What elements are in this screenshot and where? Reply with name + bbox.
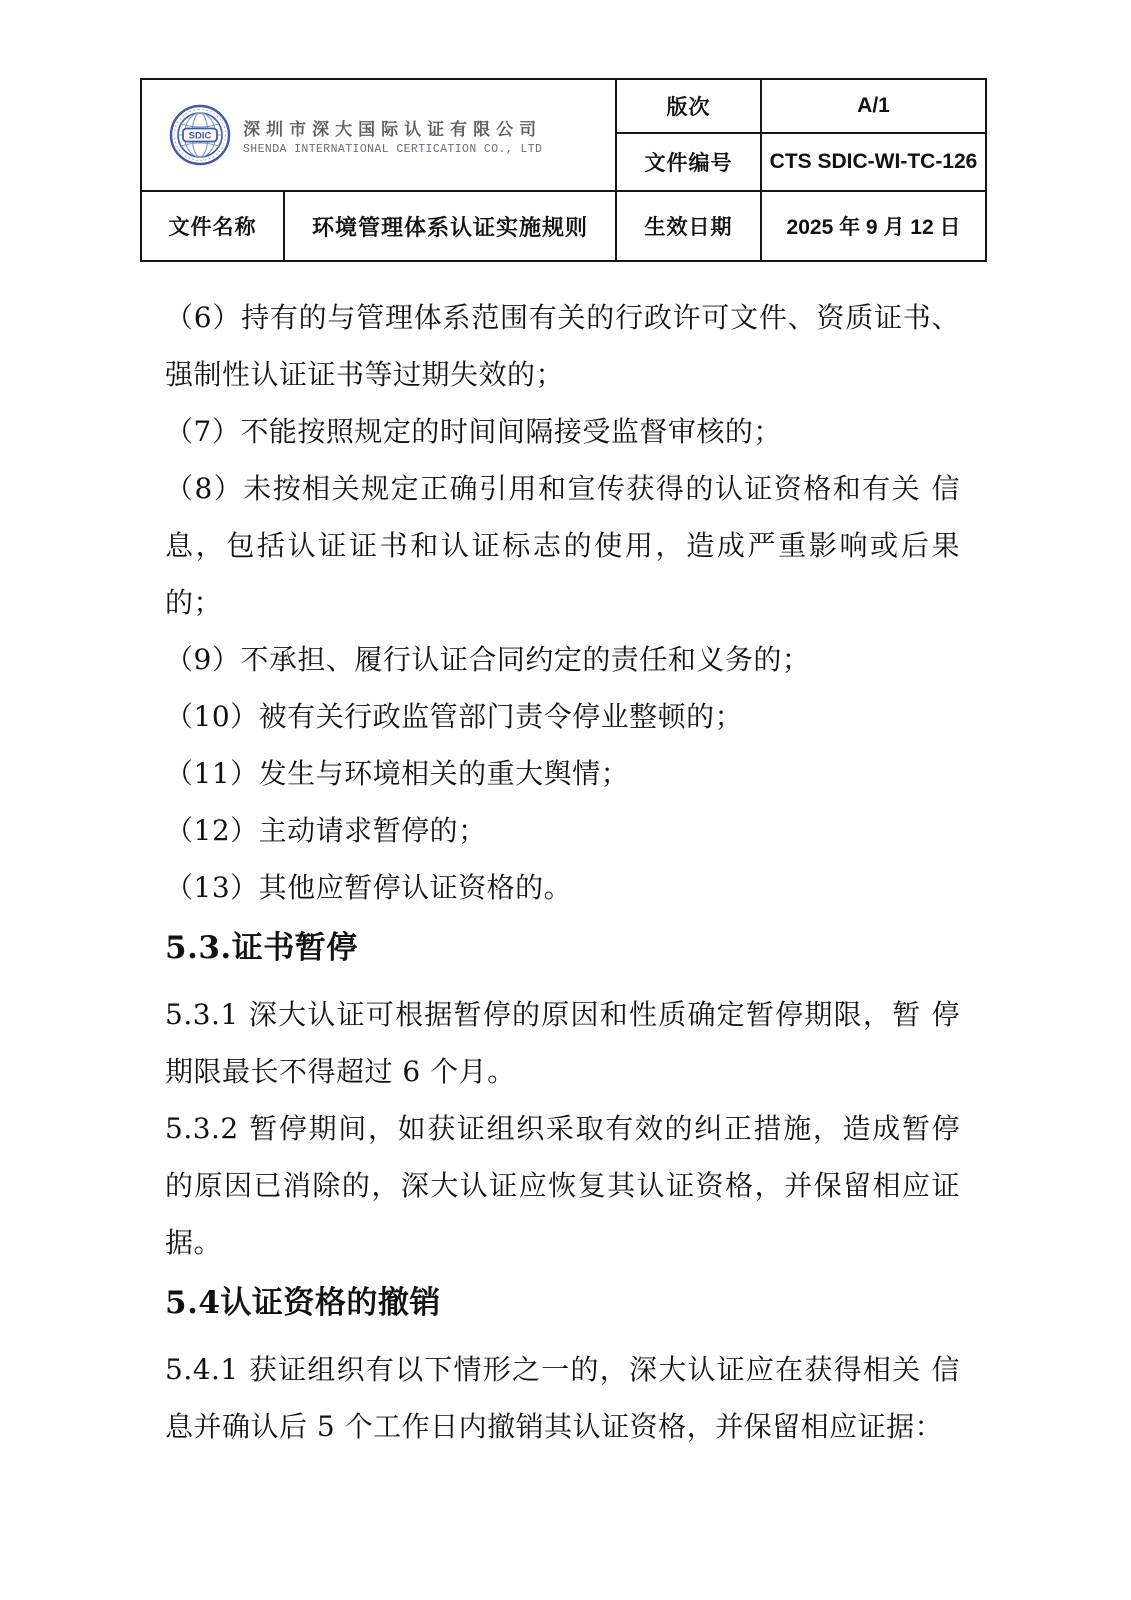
clause-item-10: （10）被有关行政监管部门责令停业整顿的；: [165, 688, 960, 745]
sdic-globe-logo-icon: SDIC: [168, 103, 232, 167]
clause-item-9: （9）不承担、履行认证合同约定的责任和义务的；: [165, 631, 960, 688]
clause-5-3-1: 5.3.1 深大认证可根据暂停的原因和性质确定暂停期限，暂 停期限最长不得超过 …: [165, 986, 960, 1100]
company-name-en: SHENDA INTERNATIONAL CERTICATION CO., LT…: [243, 143, 542, 156]
clause-5-4-1: 5.4.1 获证组织有以下情形之一的，深大认证应在获得相关 信息并确认后 5 个…: [165, 1341, 960, 1455]
doc-name-value: 环境管理体系认证实施规则: [284, 191, 616, 261]
clause-item-8: （8）未按相关规定正确引用和宣传获得的认证资格和有关 信息，包括认证证书和认证标…: [165, 460, 960, 631]
doc-number-label: 文件编号: [616, 133, 761, 191]
clause-5-3-2: 5.3.2 暂停期间，如获证组织采取有效的纠正措施，造成暂停的原因已消除的，深大…: [165, 1100, 960, 1271]
company-name-cn: 深圳市深大国际认证有限公司: [243, 115, 542, 140]
document-body: （6）持有的与管理体系范围有关的行政许可文件、资质证书、 强制性认证证书等过期失…: [140, 262, 960, 1455]
clause-item-13: （13）其他应暂停认证资格的。: [165, 859, 960, 916]
effective-date-label: 生效日期: [616, 191, 761, 261]
clause-item-12: （12）主动请求暂停的；: [165, 802, 960, 859]
version-value: A/1: [761, 79, 986, 133]
effective-date-value: 2025 年 9 月 12 日: [761, 191, 986, 261]
company-identity: SDIC 深圳市深大国际认证有限公司 SHENDA INTERNATIONAL …: [142, 103, 615, 167]
document-page: SDIC 深圳市深大国际认证有限公司 SHENDA INTERNATIONAL …: [0, 0, 1131, 1600]
doc-number-value: CTS SDIC-WI-TC-126: [761, 133, 986, 191]
company-cell: SDIC 深圳市深大国际认证有限公司 SHENDA INTERNATIONAL …: [141, 79, 616, 191]
section-heading-5-3: 5.3.证书暂停: [165, 922, 960, 974]
logo-sdic-text: SDIC: [189, 131, 212, 142]
version-label: 版次: [616, 79, 761, 133]
document-header-table: SDIC 深圳市深大国际认证有限公司 SHENDA INTERNATIONAL …: [140, 78, 987, 262]
clause-item-6: （6）持有的与管理体系范围有关的行政许可文件、资质证书、 强制性认证证书等过期失…: [165, 289, 960, 403]
section-heading-5-4: 5.4认证资格的撤销: [165, 1277, 960, 1329]
clause-item-7: （7）不能按照规定的时间间隔接受监督审核的；: [165, 403, 960, 460]
doc-name-label: 文件名称: [141, 191, 284, 261]
clause-item-11: （11）发生与环境相关的重大舆情；: [165, 745, 960, 802]
company-names: 深圳市深大国际认证有限公司 SHENDA INTERNATIONAL CERTI…: [243, 115, 542, 156]
